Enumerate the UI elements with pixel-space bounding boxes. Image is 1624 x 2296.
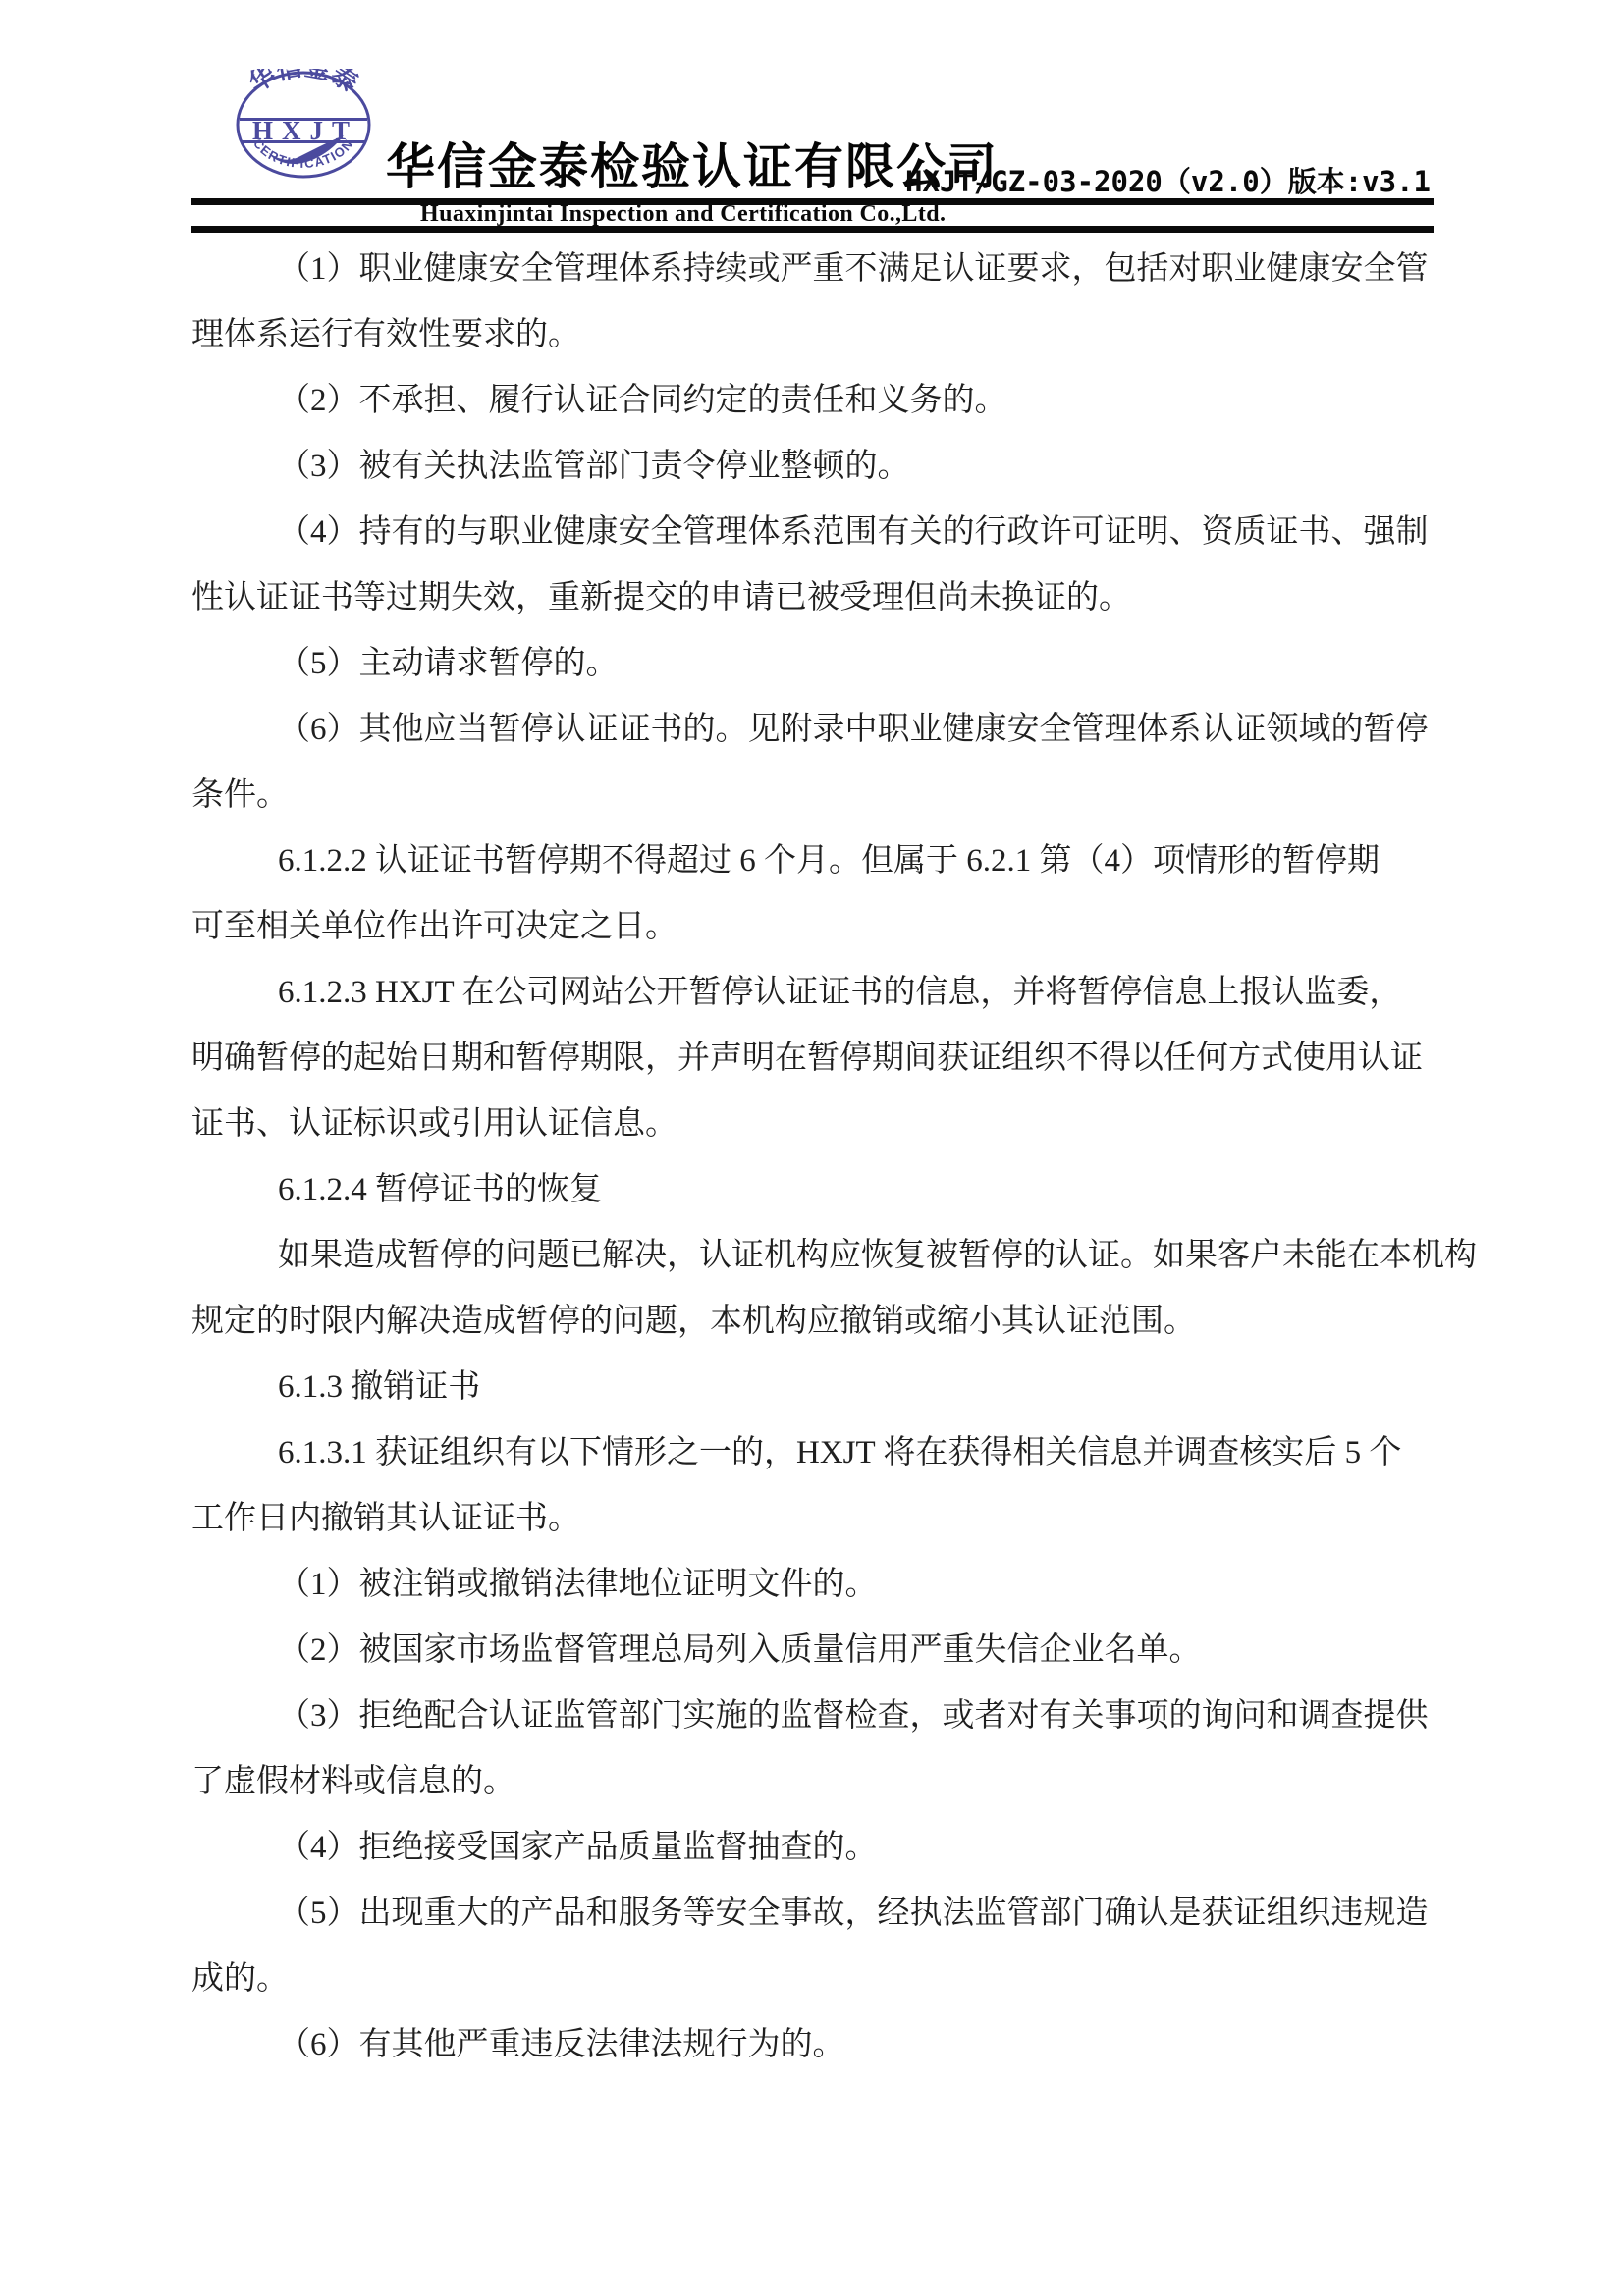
text-line: 性认证证书等过期失效，重新提交的申请已被受理但尚未换证的。 bbox=[191, 565, 1434, 631]
text-line: 理体系运行有效性要求的。 bbox=[191, 302, 1434, 368]
text-line: 6.1.2.3 HXJT 在公司网站公开暂停认证证书的信息，并将暂停信息上报认监… bbox=[191, 960, 1434, 1026]
header-rule-bottom bbox=[191, 226, 1434, 233]
clause-item: 如果造成暂停的问题已解决，认证机构应恢复被暂停的认证。如果客户未能在本机构 规定… bbox=[191, 1223, 1434, 1355]
clause-item: （4）持有的与职业健康安全管理体系范围有关的行政许可证明、资质证书、强制 性认证… bbox=[191, 500, 1434, 631]
company-name-english: Huaxinjintai Inspection and Certificatio… bbox=[420, 201, 946, 228]
clause-item: （6）其他应当暂停认证证书的。见附录中职业健康安全管理体系认证领域的暂停 条件。 bbox=[191, 697, 1434, 828]
text-line: （5）出现重大的产品和服务等安全事故，经执法监管部门确认是获证组织违规造 bbox=[191, 1881, 1434, 1947]
clause-item: （2）被国家市场监督管理总局列入质量信用严重失信企业名单。 bbox=[191, 1618, 1434, 1683]
text-line: 6.1.3 撤销证书 bbox=[191, 1355, 1434, 1420]
company-seal-logo: 华信金泰 HXJT CERTIFICATION bbox=[234, 69, 375, 183]
text-line: 规定的时限内解决造成暂停的问题，本机构应撤销或缩小其认证范围。 bbox=[191, 1289, 1434, 1355]
text-line: 明确暂停的起始日期和暂停期限，并声明在暂停期间获证组织不得以任何方式使用认证 bbox=[191, 1026, 1434, 1092]
text-line: 证书、认证标识或引用认证信息。 bbox=[191, 1092, 1434, 1157]
clause-item: （3）拒绝配合认证监管部门实施的监督检查，或者对有关事项的询问和调查提供 了虚假… bbox=[191, 1683, 1434, 1815]
document-body: （1）职业健康安全管理体系持续或严重不满足认证要求，包括对职业健康安全管 理体系… bbox=[191, 237, 1434, 2078]
section-heading: 6.1.2.4 暂停证书的恢复 bbox=[191, 1157, 1434, 1223]
numbered-clause: 6.1.2.3 HXJT 在公司网站公开暂停认证证书的信息，并将暂停信息上报认监… bbox=[191, 960, 1434, 1157]
text-line: （3）拒绝配合认证监管部门实施的监督检查，或者对有关事项的询问和调查提供 bbox=[191, 1683, 1434, 1749]
clause-item: （1）职业健康安全管理体系持续或严重不满足认证要求，包括对职业健康安全管 理体系… bbox=[191, 237, 1434, 368]
text-line: （2）不承担、履行认证合同约定的责任和义务的。 bbox=[191, 368, 1434, 434]
text-line: （2）被国家市场监督管理总局列入质量信用严重失信企业名单。 bbox=[191, 1618, 1434, 1683]
text-line: 成的。 bbox=[191, 1947, 1434, 2012]
text-line: 6.1.3.1 获证组织有以下情形之一的，HXJT 将在获得相关信息并调查核实后… bbox=[191, 1420, 1434, 1486]
text-line: （6）其他应当暂停认证证书的。见附录中职业健康安全管理体系认证领域的暂停 bbox=[191, 697, 1434, 763]
clause-item: （1）被注销或撤销法律地位证明文件的。 bbox=[191, 1552, 1434, 1618]
text-line: 可至相关单位作出许可决定之日。 bbox=[191, 894, 1434, 960]
clause-item: （3）被有关执法监管部门责令停业整顿的。 bbox=[191, 434, 1434, 500]
document-number: HXJT/GZ-03-2020（v2.0）版本:v3.1 bbox=[905, 160, 1431, 200]
text-line: 如果造成暂停的问题已解决，认证机构应恢复被暂停的认证。如果客户未能在本机构 bbox=[191, 1223, 1434, 1289]
clause-item: （5）出现重大的产品和服务等安全事故，经执法监管部门确认是获证组织违规造 成的。 bbox=[191, 1881, 1434, 2012]
clause-item: （2）不承担、履行认证合同约定的责任和义务的。 bbox=[191, 368, 1434, 434]
text-line: 6.1.2.4 暂停证书的恢复 bbox=[191, 1157, 1434, 1223]
text-line: 工作日内撤销其认证证书。 bbox=[191, 1486, 1434, 1552]
clause-item: （6）有其他严重违反法律法规行为的。 bbox=[191, 2012, 1434, 2078]
clause-item: （4）拒绝接受国家产品质量监督抽查的。 bbox=[191, 1815, 1434, 1881]
clause-item: （5）主动请求暂停的。 bbox=[191, 631, 1434, 697]
section-heading: 6.1.3 撤销证书 bbox=[191, 1355, 1434, 1420]
text-line: （5）主动请求暂停的。 bbox=[191, 631, 1434, 697]
text-line: 6.1.2.2 认证证书暂停期不得超过 6 个月。但属于 6.2.1 第（4）项… bbox=[191, 828, 1434, 894]
text-line: （4）拒绝接受国家产品质量监督抽查的。 bbox=[191, 1815, 1434, 1881]
text-line: （4）持有的与职业健康安全管理体系范围有关的行政许可证明、资质证书、强制 bbox=[191, 500, 1434, 565]
text-line: 了虚假材料或信息的。 bbox=[191, 1749, 1434, 1815]
text-line: 条件。 bbox=[191, 763, 1434, 828]
numbered-clause: 6.1.3.1 获证组织有以下情形之一的，HXJT 将在获得相关信息并调查核实后… bbox=[191, 1420, 1434, 1552]
text-line: （3）被有关执法监管部门责令停业整顿的。 bbox=[191, 434, 1434, 500]
document-page: 华信金泰 HXJT CERTIFICATION 华信金泰检验认证有限公司 HXJ… bbox=[0, 0, 1624, 2296]
text-line: （6）有其他严重违反法律法规行为的。 bbox=[191, 2012, 1434, 2078]
text-line: （1）职业健康安全管理体系持续或严重不满足认证要求，包括对职业健康安全管 bbox=[191, 237, 1434, 302]
numbered-clause: 6.1.2.2 认证证书暂停期不得超过 6 个月。但属于 6.2.1 第（4）项… bbox=[191, 828, 1434, 960]
text-line: （1）被注销或撤销法律地位证明文件的。 bbox=[191, 1552, 1434, 1618]
